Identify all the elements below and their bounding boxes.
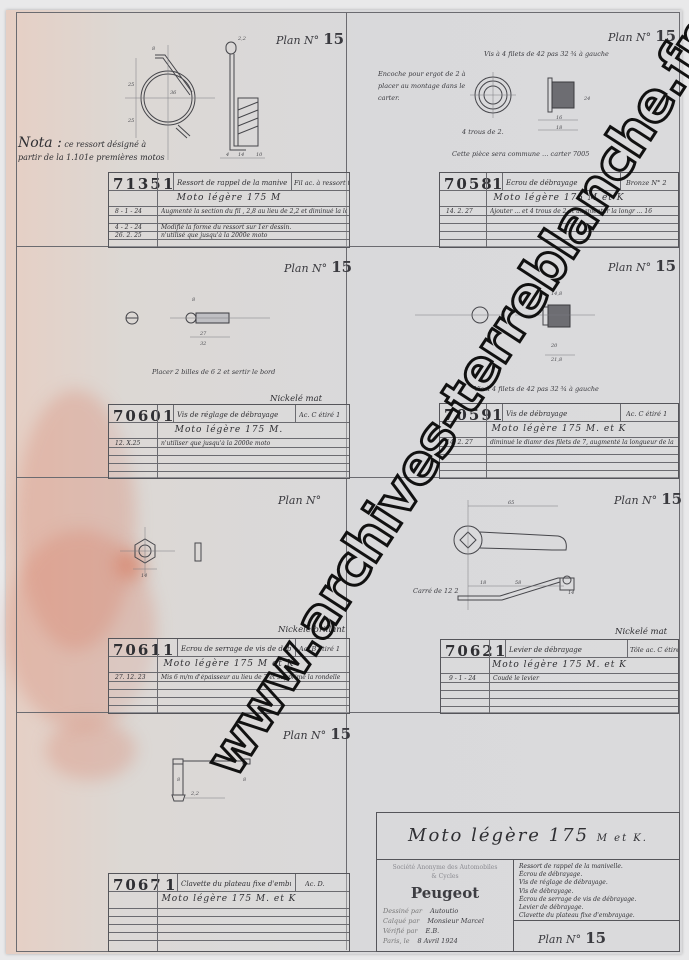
plan-number-label: Plan N°15 bbox=[276, 30, 344, 48]
part-description: Levier de débrayage bbox=[509, 646, 619, 654]
plan-number-label: Plan N°15 bbox=[283, 725, 351, 743]
plan-number-box: Plan N°15 bbox=[514, 920, 679, 951]
svg-text:14: 14 bbox=[568, 590, 574, 596]
plan-number-label: Plan N°15 bbox=[608, 257, 676, 275]
svg-text:32: 32 bbox=[200, 341, 206, 347]
model-line: Moto légère 175 M. et K bbox=[109, 894, 349, 904]
adjusting-screw-drawing: 27328 bbox=[120, 285, 280, 345]
company-block: Société Anonyme des Automobiles & Cycles… bbox=[377, 860, 514, 951]
parts-list: Ressort de rappel de la manivelle. Écrou… bbox=[519, 863, 636, 920]
part-material: Ac. D. bbox=[305, 880, 349, 888]
svg-text:18: 18 bbox=[480, 580, 486, 586]
release-lever-drawing: 65 185814 bbox=[440, 500, 670, 620]
title-block-7062: 7062 1 Levier de débrayage Tôle ac. C ét… bbox=[440, 639, 679, 714]
svg-text:10: 10 bbox=[256, 152, 263, 158]
title-block-7060: 7060 1 Vis de réglage de débrayage Ac. C… bbox=[108, 404, 350, 479]
part-description: Ressort de rappel de la manivelle bbox=[177, 179, 287, 187]
svg-text:14: 14 bbox=[141, 573, 147, 579]
svg-text:4: 4 bbox=[225, 152, 229, 158]
part-description: Vis de débrayage bbox=[506, 410, 616, 418]
svg-text:2,2: 2,2 bbox=[190, 791, 199, 797]
svg-text:58: 58 bbox=[515, 580, 521, 586]
model-line: Moto légère 175 M. bbox=[109, 425, 349, 435]
svg-text:24: 24 bbox=[583, 96, 590, 102]
title-block-7067: 7067 1 Clavette du plateau fixe d'embray… bbox=[108, 873, 350, 952]
svg-text:18: 18 bbox=[556, 125, 562, 131]
finish-label: Nickelé mat bbox=[615, 627, 667, 637]
plan-number-label: Plan N° bbox=[278, 490, 325, 508]
svg-text:27: 27 bbox=[199, 331, 207, 337]
nut-drawing: 161824 bbox=[468, 70, 618, 140]
svg-text:8: 8 bbox=[192, 297, 195, 303]
svg-text:36: 36 bbox=[170, 90, 177, 96]
svg-text:25: 25 bbox=[127, 118, 134, 124]
part-description: Vis de réglage de débrayage bbox=[177, 411, 287, 419]
nota-note: Nota : ce ressort désigné à partir de la… bbox=[18, 137, 165, 164]
finish-label: Nickelé mat bbox=[270, 394, 322, 404]
model-line: Moto légère 175 M. et K bbox=[441, 660, 678, 670]
svg-text:65: 65 bbox=[508, 500, 514, 506]
plan-number-label: Plan N°15 bbox=[284, 258, 352, 276]
brand-logo: Peugeot bbox=[377, 884, 513, 902]
model-line: Moto légère 175 M bbox=[109, 193, 349, 203]
master-title-block: Moto légère 175 M et K. Société Anonyme … bbox=[376, 812, 680, 952]
part-material: Ac. C étiré 1 bbox=[626, 410, 678, 418]
lock-nut-drawing: 14 bbox=[115, 525, 235, 595]
part-description: Clavette du plateau fixe d'embrayage bbox=[181, 880, 291, 888]
sheet-title: Moto légère 175 M et K. bbox=[377, 813, 679, 860]
svg-text:21,8: 21,8 bbox=[550, 357, 562, 363]
svg-text:8: 8 bbox=[152, 46, 155, 52]
title-block-7135: 7135 1 Ressort de rappel de la manivelle… bbox=[108, 172, 350, 248]
part-material: Tôle ac. C étiré 1 bbox=[630, 646, 678, 654]
svg-text:2,2: 2,2 bbox=[237, 36, 246, 42]
svg-text:16: 16 bbox=[556, 115, 563, 121]
part-material: Fil ac. à ressort trempé bbox=[294, 179, 349, 187]
part-material: Ac. C étiré 1 bbox=[299, 411, 349, 419]
svg-text:8: 8 bbox=[177, 777, 180, 783]
svg-text:25: 25 bbox=[127, 82, 134, 88]
svg-text:14: 14 bbox=[238, 152, 244, 158]
svg-text:20: 20 bbox=[550, 343, 558, 349]
